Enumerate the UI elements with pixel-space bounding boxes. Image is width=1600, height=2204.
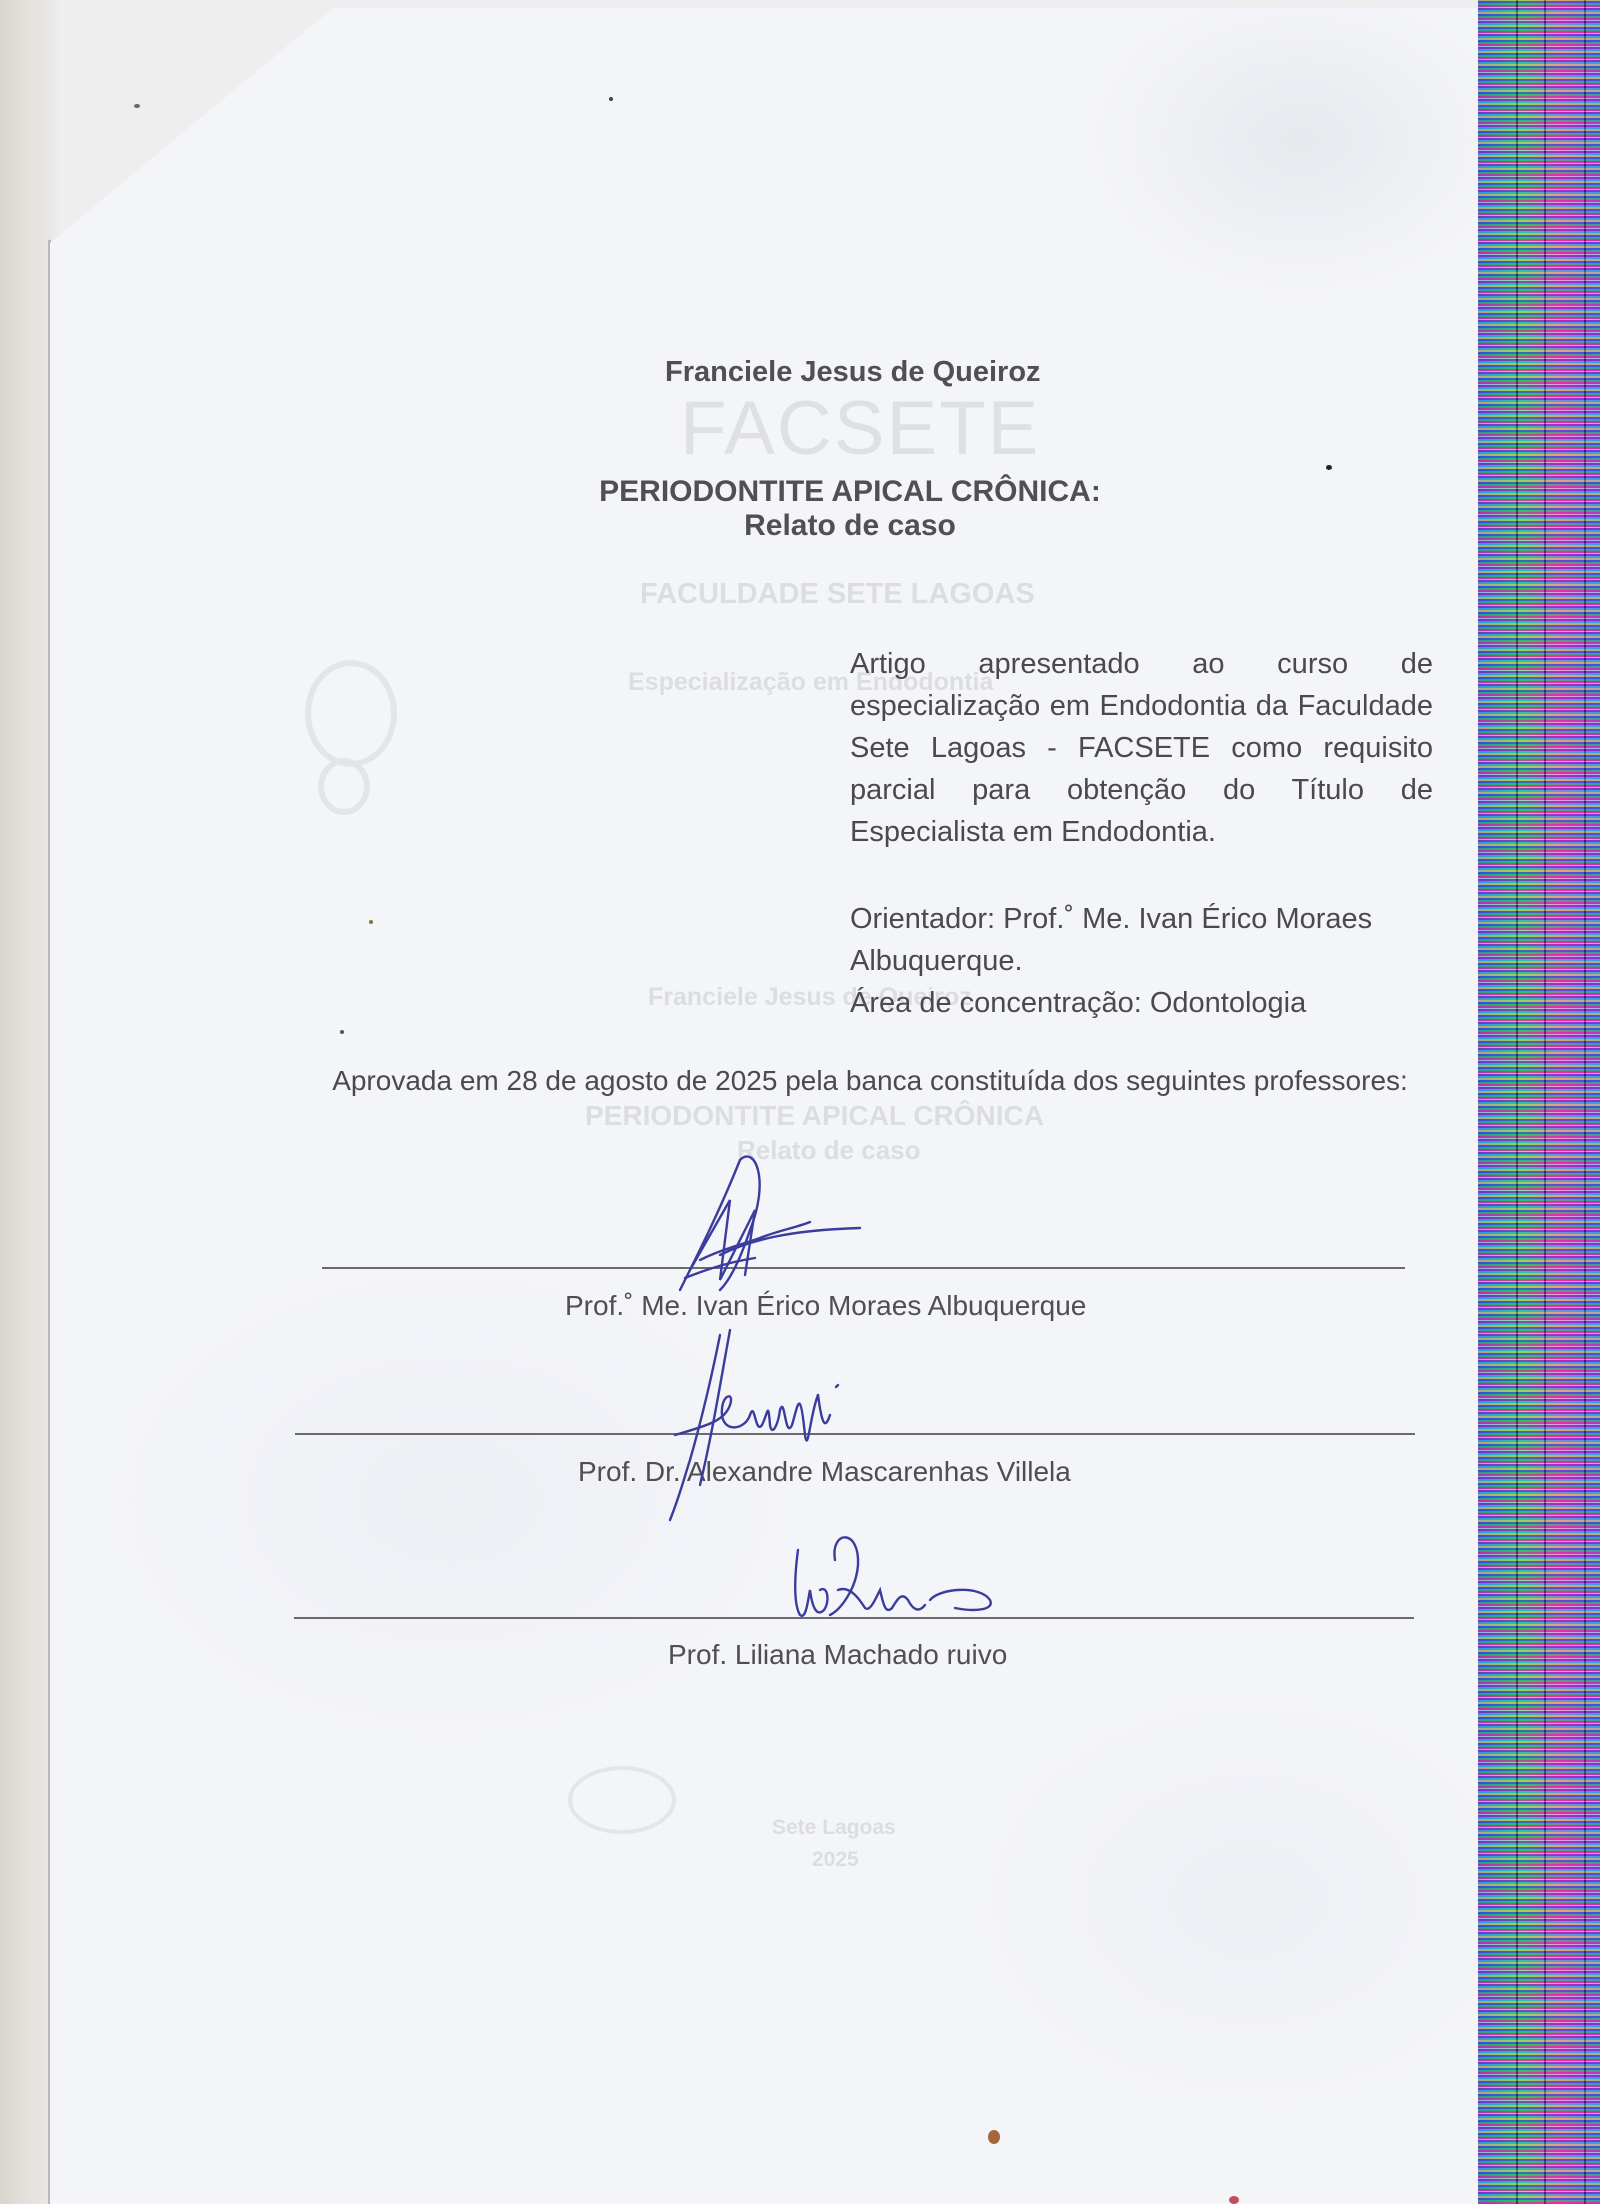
dust-speck [340,1030,344,1034]
advisor-name: Orientador: Prof.˚ Me. Ivan Érico Moraes… [850,898,1440,982]
advisor-info: Orientador: Prof.˚ Me. Ivan Érico Moraes… [850,898,1440,1024]
document-subtitle: Relato de caso [560,509,1140,543]
dust-speck [1229,2196,1239,2204]
committee-member-name: Prof. Liliana Machado ruivo [668,1639,1007,1671]
dust-speck [369,920,373,924]
signature-line [295,1433,1415,1435]
dust-speck [134,104,140,108]
committee-member-name: Prof. Dr. Alexandre Mascarenhas Villela [578,1456,1071,1488]
author-name: Franciele Jesus de Queiroz [665,356,1041,389]
document-title: PERIODONTITE APICAL CRÔNICA: [560,474,1140,509]
signature-line [294,1617,1414,1619]
scan-noise-strip [1478,0,1600,2204]
dust-speck [1326,465,1332,470]
presentation-note: Artigo apresentado ao curso de especiali… [850,643,1433,853]
dust-speck [609,97,613,101]
concentration-area: Área de concentração: Odontologia [850,982,1440,1024]
paper-sheet [50,0,1480,2204]
approval-statement: Aprovada em 28 de agosto de 2025 pela ba… [320,1065,1420,1097]
committee-member-name: Prof.˚ Me. Ivan Érico Moraes Albuquerque [565,1290,1086,1322]
signature-line [322,1267,1405,1269]
dust-speck [988,2130,1000,2144]
